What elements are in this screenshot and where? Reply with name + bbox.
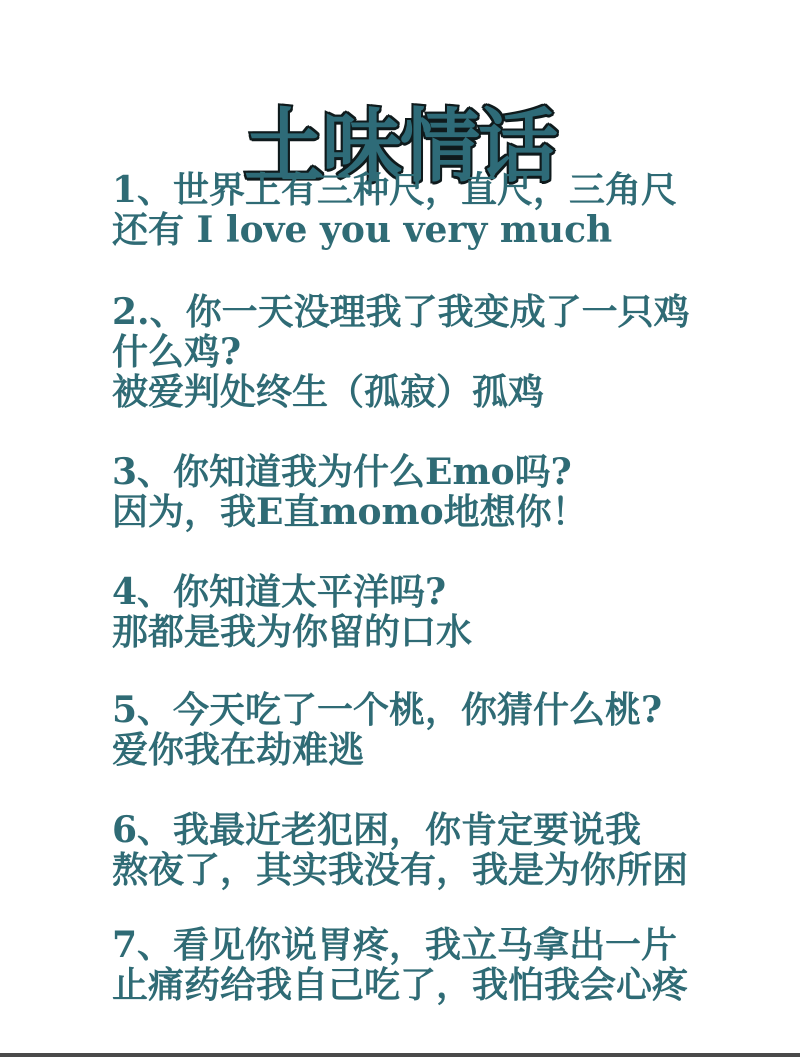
list-item: 6、我最近老犯困，你肯定要说我 熬夜了，其实我没有，我是为你所困	[112, 810, 688, 890]
item-line: 4、你知道太平洋吗?	[112, 572, 472, 612]
item-line: 2.、你一天没理我了我变成了一只鸡	[112, 292, 690, 332]
item-line: 熬夜了，其实我没有，我是为你所困	[112, 850, 688, 890]
item-line: 5、今天吃了一个桃，你猜什么桃?	[112, 690, 662, 730]
list-item: 2.、你一天没理我了我变成了一只鸡 什么鸡? 被爱判处终生（孤寂）孤鸡	[112, 292, 690, 412]
list-item: 1、世界上有三种尺，直尺，三角尺 还有 I love you very much	[112, 170, 677, 250]
item-line: 1、世界上有三种尺，直尺，三角尺	[112, 170, 677, 210]
item-line: 因为，我E直momo地想你！	[112, 492, 588, 532]
item-line: 6、我最近老犯困，你肯定要说我	[112, 810, 688, 850]
list-item: 7、看见你说胃疼，我立马拿出一片 止痛药给我自己吃了，我怕我会心疼	[112, 925, 688, 1005]
list-item: 4、你知道太平洋吗? 那都是我为你留的口水	[112, 572, 472, 652]
item-line: 什么鸡?	[112, 332, 690, 372]
item-line: 被爱判处终生（孤寂）孤鸡	[112, 372, 690, 412]
item-line: 那都是我为你留的口水	[112, 612, 472, 652]
list-item: 3、你知道我为什么Emo吗? 因为，我E直momo地想你！	[112, 452, 588, 532]
item-line: 止痛药给我自己吃了，我怕我会心疼	[112, 965, 688, 1005]
list-item: 5、今天吃了一个桃，你猜什么桃? 爱你我在劫难逃	[112, 690, 662, 770]
item-line: 3、你知道我为什么Emo吗?	[112, 452, 588, 492]
item-line: 爱你我在劫难逃	[112, 730, 662, 770]
item-line: 还有 I love you very much	[112, 210, 677, 250]
bottom-divider	[0, 1053, 800, 1057]
poster: 土味情话 1、世界上有三种尺，直尺，三角尺 还有 I love you very…	[0, 0, 800, 1057]
item-line: 7、看见你说胃疼，我立马拿出一片	[112, 925, 688, 965]
